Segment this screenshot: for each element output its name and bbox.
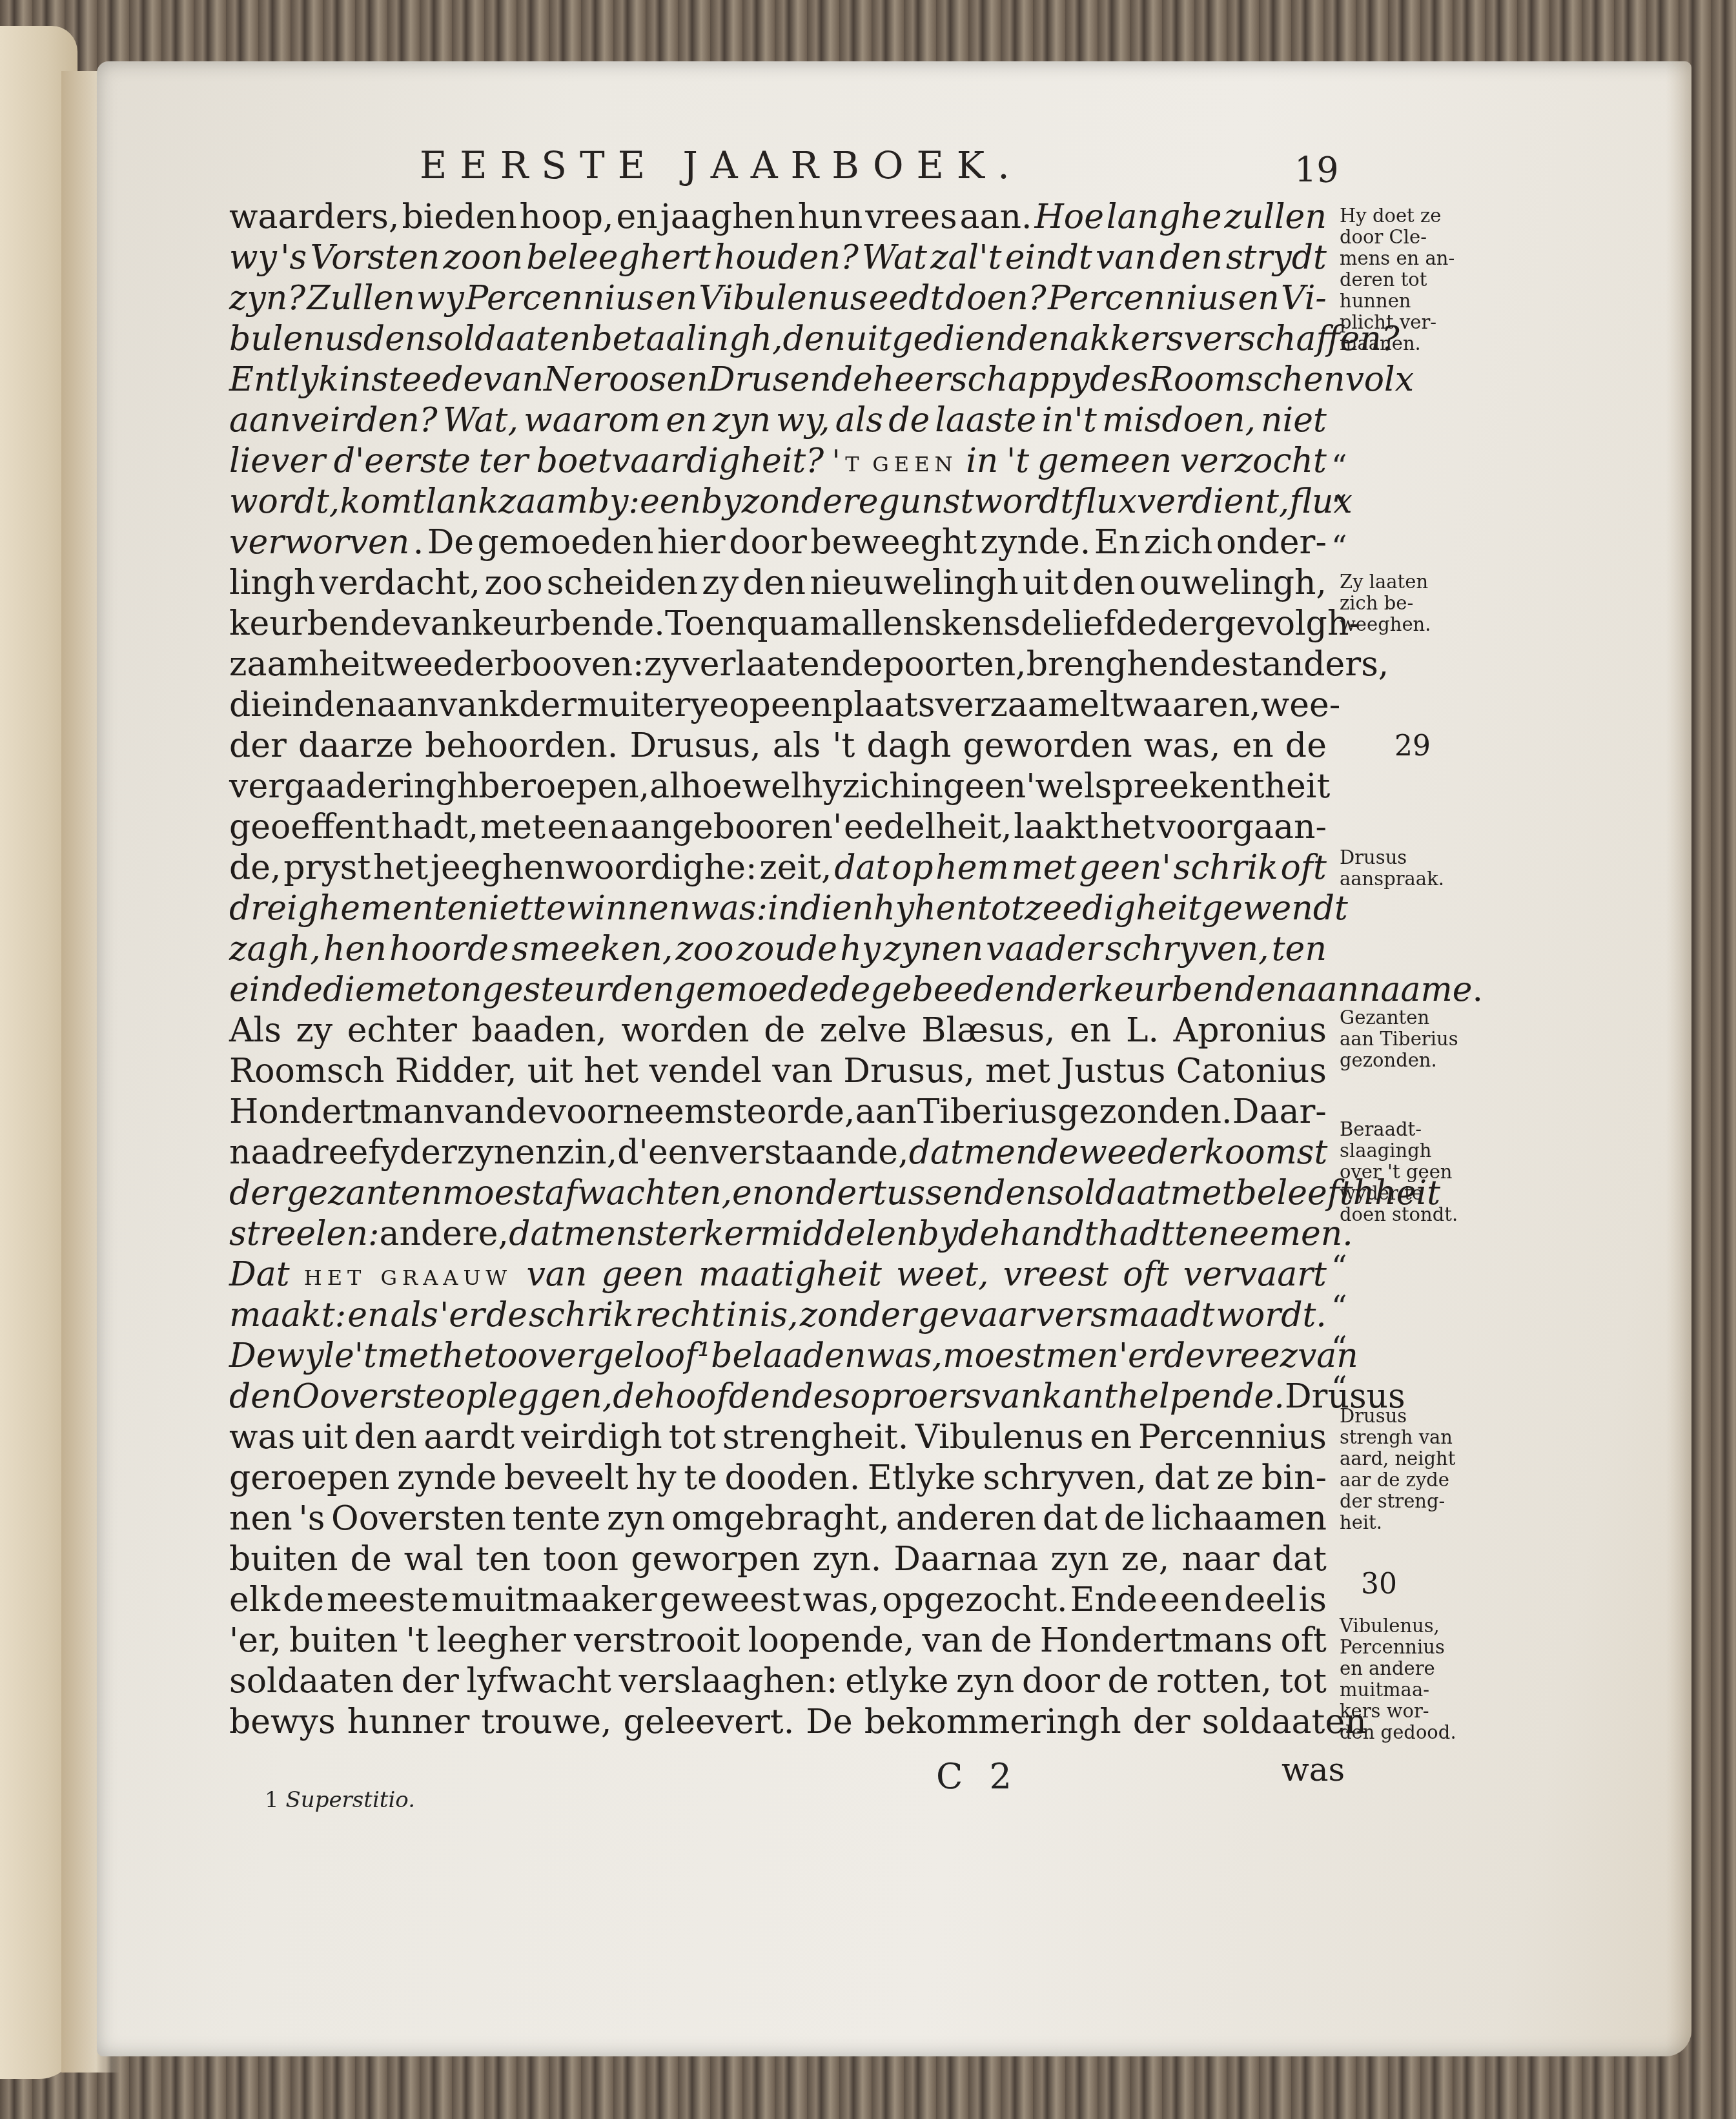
word: boetvaardigheit? — [536, 441, 824, 482]
word: brenghen — [1026, 644, 1190, 685]
word: muitmaaker — [451, 1580, 657, 1621]
word: van — [411, 604, 472, 644]
word: des — [1090, 360, 1149, 400]
word: zoon — [443, 238, 523, 278]
word: loopende, — [748, 1621, 914, 1661]
word: wy, — [776, 400, 830, 441]
word: zich — [1144, 522, 1213, 563]
word: langhe — [1107, 197, 1222, 238]
text-line: Dewyle'tmethetoovergeloof¹belaadenwas,mo… — [229, 1336, 1327, 1377]
word: Vorsten — [310, 238, 440, 278]
margin-note: Hy doet ze door Cle- mens en an- deren t… — [1340, 205, 1455, 354]
word: uit — [527, 1051, 573, 1092]
word: vreez — [1205, 1336, 1298, 1377]
word: naar — [1181, 1539, 1259, 1580]
word: volx — [1345, 360, 1414, 400]
word: Vibulenus — [699, 278, 867, 319]
word: den — [783, 319, 846, 360]
word: byzondere — [701, 482, 879, 522]
page-number: 19 — [1294, 150, 1339, 190]
word: verworven — [229, 522, 409, 563]
word: gevolgh- — [1214, 604, 1360, 644]
word: weet, — [896, 1254, 988, 1295]
text-line: waarders,biedenhoop,enjaaghenhunvreesaan… — [229, 197, 1327, 238]
text-line: soldaatenderlyfwachtverslaaghen:etlykezy… — [229, 1661, 1327, 1702]
word: zyn — [607, 1499, 665, 1539]
word: daarze — [298, 726, 413, 766]
word: ouwelingh, — [1139, 563, 1327, 604]
word: zullen — [1224, 197, 1326, 238]
word: hun — [798, 197, 863, 238]
word: en — [732, 1173, 773, 1214]
word: hoorde — [389, 929, 509, 970]
word: zyn. — [812, 1539, 881, 1580]
word: smeeken, — [511, 929, 673, 970]
word: waaren, — [1123, 685, 1260, 726]
word: van — [1096, 238, 1156, 278]
word: tot — [669, 1417, 716, 1458]
word: versmaadt — [1036, 1295, 1214, 1336]
word: is, — [760, 1295, 799, 1336]
text-line: wordt,komtlankzaamby:eenbyzonderegunstwo… — [229, 482, 1327, 522]
footnote: 1 Superstitio. — [265, 1787, 415, 1813]
word: de — [764, 1010, 805, 1051]
word: de — [1190, 644, 1231, 685]
word: de, — [229, 848, 281, 888]
word: vergaaderingh — [229, 766, 478, 807]
word: in't — [1041, 400, 1096, 441]
word: Entlyk — [229, 360, 339, 400]
word: oft — [1280, 848, 1326, 888]
word: De — [806, 1702, 852, 1743]
text-line: aanveirden?Wat,waaromenzynwy,alsdelaaste… — [229, 400, 1327, 441]
word: winnen — [566, 888, 690, 929]
word: moest — [442, 1173, 545, 1214]
word: van — [772, 1051, 833, 1092]
word: was: — [690, 888, 768, 929]
word: verslaaghen: — [619, 1661, 838, 1702]
word: eindt — [1005, 238, 1092, 278]
word: gemoeden — [478, 522, 654, 563]
word: opgezocht. — [882, 1580, 1067, 1621]
word: schrik — [529, 1295, 633, 1336]
word: scheiden — [547, 563, 698, 604]
word: beveelt — [504, 1458, 629, 1499]
text-line: zyn?ZullenwyPercenniusenVibulenuseedtdoe… — [229, 278, 1327, 319]
word: de — [1164, 1336, 1205, 1377]
word: dat — [1043, 1499, 1098, 1539]
word: de — [1037, 1132, 1078, 1173]
word: de — [958, 1214, 999, 1254]
word: bin- — [1261, 1458, 1327, 1499]
word: en — [667, 360, 708, 400]
word: der — [519, 685, 577, 726]
word: 't — [832, 726, 855, 766]
word: dat — [1272, 1539, 1327, 1580]
text-line: lieverd'eersteterboetvaardigheit?'tgeeni… — [229, 441, 1327, 482]
word: lichaamen — [1152, 1499, 1327, 1539]
quotation-mark: “ — [1331, 1370, 1347, 1406]
word: den — [984, 1173, 1047, 1214]
word: beroepen, — [478, 766, 649, 807]
word: moest — [943, 1336, 1045, 1377]
word: die — [229, 685, 281, 726]
word: het — [373, 848, 428, 888]
text-line: zaamheitweederbooven:zyverlaatendepoorte… — [229, 644, 1327, 685]
word: soldaaten — [426, 319, 591, 360]
word: wy — [416, 278, 464, 319]
word: neemen. — [1208, 1214, 1353, 1254]
word: was, — [1144, 726, 1221, 766]
word: de — [829, 970, 870, 1010]
word: zagh, — [229, 929, 321, 970]
word: 'er — [1119, 1336, 1164, 1377]
margin-note: Vibulenus, Percennius en andere muitmaa-… — [1340, 1615, 1456, 1743]
word: tot — [977, 888, 1025, 929]
word: verzaamelt — [935, 685, 1123, 726]
text-line: wy'sVorstenzoonbeleegherthouden?Watzal't… — [229, 238, 1327, 278]
text-line: keurbendevankeurbende.Toenquamallenskens… — [229, 604, 1327, 644]
word: gemoede — [675, 970, 830, 1010]
word: van — [1298, 1336, 1358, 1377]
word: de — [613, 1377, 654, 1417]
word: Ooversten — [331, 1499, 506, 1539]
word: graauw — [381, 1254, 513, 1295]
margin-note: Drusus strengh van aard, neight aar de z… — [1340, 1406, 1455, 1533]
word: ze, — [1121, 1539, 1170, 1580]
word: vendel — [649, 1051, 762, 1092]
word: andere, — [379, 1214, 509, 1254]
text-line: wasuitdenaardtveirdightotstrengheit.Vibu… — [229, 1417, 1327, 1458]
quotation-mark: “ — [1331, 1249, 1347, 1285]
margin-note: Drusus aanspraak. — [1340, 847, 1444, 890]
word: worden — [621, 1010, 749, 1051]
word: aanvank — [376, 685, 519, 726]
word: geweest — [660, 1580, 801, 1621]
text-line: 'er,buiten'tleegherverstrooitloopende,va… — [229, 1621, 1327, 1661]
word: geoeffent — [229, 807, 389, 848]
word: by — [917, 1214, 958, 1254]
word: en — [1090, 1417, 1132, 1458]
word: gemeen — [1037, 441, 1172, 482]
word: wy — [229, 238, 277, 278]
word: oovergeloof¹ — [497, 1336, 711, 1377]
word: lingh — [229, 563, 316, 604]
word: d'eerste — [334, 441, 471, 482]
word: helpende. — [1118, 1377, 1285, 1417]
word: men — [564, 1214, 637, 1254]
word: en — [1238, 278, 1279, 319]
word: betaalingh, — [591, 319, 783, 360]
word: misdoen, — [1102, 400, 1256, 441]
word: den — [354, 1417, 417, 1458]
word: de — [505, 1092, 547, 1132]
text-line: zagh,henhoordesmeeken,zoozoudehyzynenvaa… — [229, 929, 1327, 970]
text-line: dergezantenmoestafwachten,enondertussend… — [229, 1173, 1327, 1214]
word: L. — [1126, 1010, 1159, 1051]
text-line: linghverdacht,zooscheidenzydennieuweling… — [229, 563, 1327, 604]
word: lankzaam — [425, 482, 587, 522]
word: hier — [657, 522, 726, 563]
word: zoude — [737, 929, 837, 970]
word: geroepen — [229, 1458, 390, 1499]
word: en — [666, 400, 707, 441]
word: Roomschen — [1149, 360, 1345, 400]
word: iet — [489, 888, 533, 929]
word: ongesteurden — [440, 970, 675, 1010]
word: vrees — [865, 197, 957, 238]
word: verdacht, — [320, 563, 480, 604]
word: de — [1104, 1499, 1145, 1539]
word: strengheit. — [722, 1417, 908, 1458]
word: zoo — [484, 563, 542, 604]
text-line: dieindenaanvankdermuiteryeopeenplaatsver… — [229, 685, 1327, 726]
word: De — [427, 522, 474, 563]
word: soldaaten — [229, 1661, 394, 1702]
quotation-mark: “ — [1331, 489, 1347, 525]
word: de — [832, 360, 873, 400]
word: allenskens — [841, 604, 1021, 644]
word: dagh — [866, 726, 951, 766]
word: het — [304, 1254, 367, 1295]
footnote-text: Superstitio. — [285, 1787, 415, 1813]
word: van — [483, 360, 544, 400]
word: zonder — [800, 1295, 917, 1336]
word: zyn? — [229, 278, 305, 319]
word: . — [1473, 970, 1484, 1010]
word: quam — [746, 604, 841, 644]
chapter-number: 29 — [1394, 730, 1431, 763]
word: einde — [229, 970, 323, 1010]
word: Daar- — [1232, 1092, 1327, 1132]
word: zal't — [930, 238, 1001, 278]
word: geworden — [963, 726, 1132, 766]
word: by: — [588, 482, 640, 522]
word: geen — [872, 441, 957, 482]
word: Drusus, — [629, 726, 761, 766]
word: Drusus, — [843, 1051, 974, 1092]
word: uit — [1023, 563, 1068, 604]
word: Percennius — [465, 278, 654, 319]
word: in — [726, 1295, 759, 1336]
word: hy — [636, 1458, 677, 1499]
word: verdient, — [1137, 482, 1290, 522]
word: hunner — [347, 1702, 470, 1743]
word: met — [1012, 848, 1077, 888]
word: jeeghenwoordighe: — [431, 848, 757, 888]
word: nieuwelingh — [810, 563, 1018, 604]
word: steede — [371, 360, 483, 400]
text-line: Alszyechterbaaden,wordendezelveBlæsus,en… — [229, 1010, 1327, 1051]
word: en — [347, 1295, 389, 1336]
word: echter — [347, 1010, 457, 1051]
word: weederkoomst — [1078, 1132, 1327, 1173]
word: Hondertmans — [1040, 1621, 1272, 1661]
word: Percennius — [1138, 1417, 1327, 1458]
word: ten — [1272, 929, 1327, 970]
word: buiten — [289, 1621, 398, 1661]
word: 't — [832, 441, 864, 482]
word: de — [1108, 1661, 1149, 1702]
word: trouwe, — [481, 1702, 611, 1743]
word: der — [402, 1661, 459, 1702]
word: alhoewel — [649, 766, 801, 807]
word: yder — [380, 1132, 456, 1173]
word: plaats — [832, 685, 935, 726]
word: een — [1160, 1580, 1221, 1621]
word: met — [480, 807, 546, 848]
word: Dat — [229, 1254, 290, 1295]
text-line: denOoversteopleggen,dehoofdendesoproersv… — [229, 1377, 1327, 1417]
word: muiterye — [577, 685, 729, 726]
word: Percennius — [1048, 278, 1236, 319]
word: lyfwacht — [467, 1661, 611, 1702]
word: oft — [1123, 1254, 1169, 1295]
word: in — [966, 441, 998, 482]
margin-note: Beraadt- slaagingh over 't geen wyder te… — [1340, 1119, 1458, 1225]
word: het — [1100, 807, 1155, 848]
word: zoo — [675, 929, 733, 970]
word: en — [1232, 726, 1274, 766]
word: het — [442, 1336, 497, 1377]
word: in — [911, 766, 943, 807]
word: middelen — [760, 1214, 917, 1254]
text-line: geoeffenthadt,meteenaangebooren'eedelhei… — [229, 807, 1327, 848]
word: des — [791, 1377, 850, 1417]
word: geen' — [1079, 848, 1171, 888]
word: en — [1070, 1010, 1111, 1051]
footnote-number: 1 — [265, 1787, 279, 1813]
quotation-mark: “ — [1331, 529, 1347, 566]
text-line: Hondertmanvandevoorneemsteorde,aanTiberi… — [229, 1092, 1327, 1132]
word: Neroos — [544, 360, 666, 400]
word: komt — [340, 482, 425, 522]
word: zich — [842, 766, 911, 807]
word: zy — [296, 1010, 332, 1051]
word: Wat — [862, 238, 927, 278]
word: etlyke — [845, 1661, 948, 1702]
word: keurbende. — [472, 604, 665, 644]
word: den — [1159, 238, 1223, 278]
word: 'er — [440, 1295, 485, 1336]
word: hem — [935, 848, 1009, 888]
word: Justus — [1061, 1051, 1165, 1092]
word: Blæsus, — [921, 1010, 1055, 1051]
text-line: vergaaderinghberoepen,alhoewelhyzichinge… — [229, 766, 1327, 807]
word: elk — [229, 1580, 280, 1621]
word: hoop, — [520, 197, 614, 238]
word: zynen — [457, 1132, 557, 1173]
word: belaaden — [711, 1336, 866, 1377]
text-line: bulenusdensoldaatenbetaalingh,denuitgedi… — [229, 319, 1327, 360]
word: En — [1094, 522, 1140, 563]
word: opleggen, — [445, 1377, 613, 1417]
word: van — [922, 1621, 983, 1661]
word: gunst — [879, 482, 974, 522]
word: houden? — [714, 238, 859, 278]
text-line: streelen:andere,datmensterkermiddelenbyd… — [229, 1214, 1327, 1254]
word: booven: — [510, 644, 644, 685]
catchword: was — [1282, 1751, 1345, 1788]
text-line: dreighementeniettewinnenwas:indienhyhent… — [229, 888, 1327, 929]
word: weeder — [385, 644, 511, 685]
word: eedelheit, — [844, 807, 1012, 848]
word: handt — [999, 1214, 1098, 1254]
word: verstrooit — [574, 1621, 740, 1661]
word: Wat, — [443, 400, 518, 441]
word: zyn — [956, 1661, 1014, 1702]
word: te — [533, 888, 566, 929]
word: orde, — [767, 1092, 855, 1132]
word: in — [339, 360, 371, 400]
word: 't — [354, 1336, 377, 1377]
word: rotten, — [1156, 1661, 1272, 1702]
word: zaamheit — [229, 644, 385, 685]
word: gevaar — [918, 1295, 1034, 1336]
word: voorneemste — [547, 1092, 767, 1132]
word: zynde — [397, 1458, 496, 1499]
text-line: verworven.Degemoedenhierdoorbeweeghtzynd… — [229, 522, 1327, 563]
word: geleevert. — [624, 1702, 795, 1743]
text-line: buitendewaltentoongeworpenzyn.Daarnaazyn… — [229, 1539, 1327, 1580]
word: nen — [229, 1499, 292, 1539]
word: meeste — [327, 1580, 449, 1621]
word: verlaaten — [680, 644, 841, 685]
word: schrik — [1173, 848, 1278, 888]
word: van — [445, 1092, 505, 1132]
word: zy — [644, 644, 681, 685]
word: hen — [323, 929, 387, 970]
word: hadt — [1098, 1214, 1174, 1254]
word: schryven, — [983, 1458, 1147, 1499]
running-title: EERSTE JAARBOEK. — [420, 143, 1023, 187]
word: Ridder, — [395, 1051, 517, 1092]
word: die — [323, 970, 375, 1010]
word: kant — [1042, 1377, 1118, 1417]
word: maatigheit — [699, 1254, 882, 1295]
quotation-mark: “ — [1331, 1330, 1347, 1366]
word: de — [1285, 726, 1327, 766]
word: de — [991, 1621, 1032, 1661]
main-text-block: waarders,biedenhoop,enjaaghenhunvreesaan… — [229, 197, 1327, 1743]
word: de — [283, 1580, 324, 1621]
word: den — [314, 685, 377, 726]
word: doen? — [945, 278, 1047, 319]
word: dat — [509, 1214, 564, 1254]
text-line: nen'sOoverstententezynomgebraght,anderen… — [229, 1499, 1327, 1539]
word: was, — [866, 1336, 943, 1377]
word: keurbende — [229, 604, 411, 644]
word: wee- — [1261, 685, 1341, 726]
word: der — [1157, 604, 1214, 644]
word: gezonden. — [1057, 1092, 1232, 1132]
word: der — [1036, 970, 1094, 1010]
word: Tiberius — [917, 1092, 1057, 1132]
word: oft — [1280, 1621, 1326, 1661]
word: en — [656, 278, 697, 319]
word: te — [684, 1458, 717, 1499]
word: en — [616, 197, 657, 238]
word: 't — [406, 1621, 429, 1661]
word: akkers — [1070, 319, 1183, 360]
word: het — [584, 1051, 638, 1092]
word: Etlyke — [868, 1458, 975, 1499]
word: der — [229, 726, 287, 766]
word: Dewyle — [229, 1336, 354, 1377]
word: buiten — [229, 1539, 338, 1580]
word: Hoe — [1034, 197, 1103, 238]
word: hy — [801, 766, 842, 807]
